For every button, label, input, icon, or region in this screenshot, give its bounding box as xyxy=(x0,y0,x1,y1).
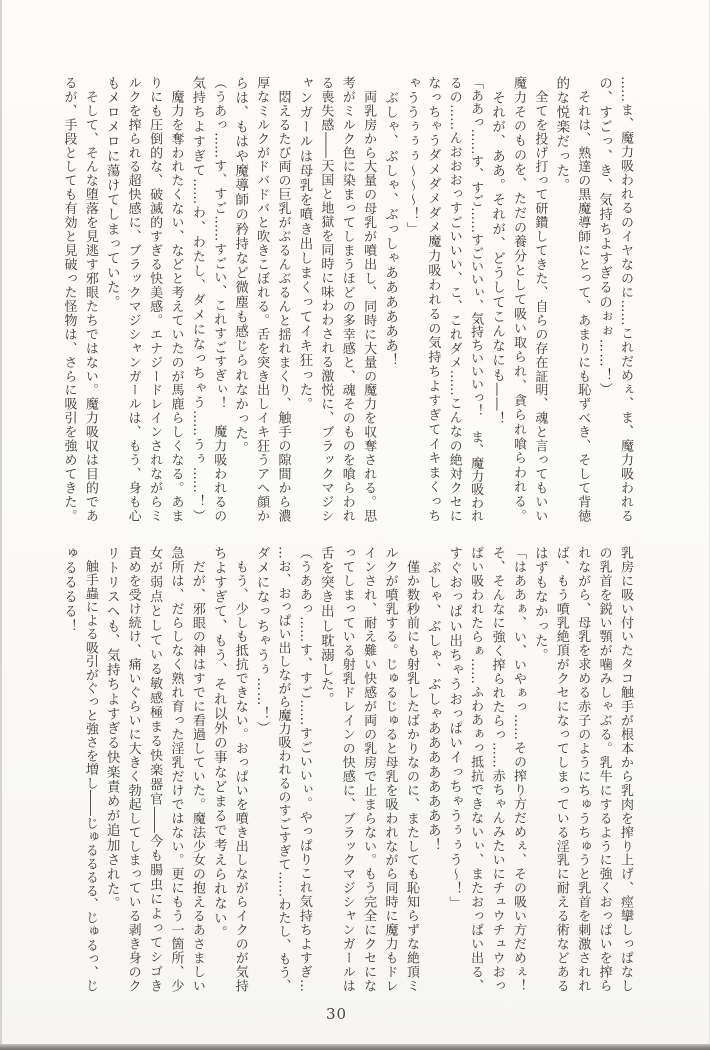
text-column: インされ、耐え難い快感が両の乳房で止まらない。もう完全にクセにな xyxy=(358,546,379,992)
text-column: ば、もう噴乳絶頂がクセになってしまっている淫乳に耐える術などある xyxy=(550,546,571,992)
text-column: 両乳房から大量の母乳が噴出し、同時に大量の魔力を収奪される。思 xyxy=(358,76,379,522)
text-column: もメロメロに蕩けてしまっていた。 xyxy=(101,76,122,528)
page-number: 30 xyxy=(326,1005,347,1023)
text-column: 僅か数秒前にも射乳したばかりなのに、またしても恥知らずな絶頂ミ xyxy=(401,546,422,992)
text-column: の、すごっ、き、気持ちよすぎるのぉぉ……！） xyxy=(593,76,614,528)
text-column: の乳首を鋭い顎が噛みしゃぶる。乳牛にするように強くおっぱいを搾ら xyxy=(593,546,614,992)
text-column: 女が弱点としている敏感極まる快楽器官――今も腸虫によってシゴき xyxy=(144,546,165,992)
text-column: それが、ああ。それが、どうしてこんなにも――！ xyxy=(486,76,507,528)
text-column: ぶしゃ、ぶしゃ、ぶしゃああああああああ！ xyxy=(422,546,443,998)
text-column: 悶えるたび両の巨乳がぶるんぶるんと揺れまくり、触手の隙間から濃 xyxy=(272,76,293,522)
page-edge-bottom xyxy=(0,1044,710,1050)
text-column: らは、もはや魔導師の矜持など微塵も感じられなかった。 xyxy=(229,76,250,528)
text-column: なっちゃうダメダメダメ魔力吸われるの気持ちよすぎてイキまくっち xyxy=(422,76,443,522)
text-column: 気持ちよすぎて……わ、わたし、ダメになっちゃう……うぅ……！） xyxy=(186,76,207,522)
text-column: 責めを受け続け、痛いぐらいに大きく勃起してしまっている剥き身のク xyxy=(122,546,143,992)
text-column: 魔力を奪われたくない、などと考えていたのが馬鹿らしくなる。あま xyxy=(165,76,186,522)
text-column: それは、熟達の黒魔導師にとって、あまりにも恥ずべき、そして背徳 xyxy=(572,76,593,522)
text-column: 触手蟲による吸引がぐっと強さを増し――じゅるるるる、じゅるっ、じ xyxy=(79,546,100,992)
text-column: ルクが噴乳する。じゅるじゅると母乳を吸われながら同時に魔力もドレ xyxy=(379,546,400,992)
text-column: リトリスへも、気持ちよすぎる快楽責めが追加された。 xyxy=(101,546,122,998)
text-column: ちよすぎて、もう、それ以外の事などまるで考えられない。 xyxy=(208,546,229,998)
text-column: 考がミルク色に染まってしまうほどの多幸感と、魂そのものを喰らわれ xyxy=(336,76,357,522)
text-column: 的な悦楽だった。 xyxy=(550,76,571,528)
text-column: そして、そんな堕落を見逃す邪眼たちではない。魔力吸収は目的であ xyxy=(79,76,100,522)
page-edge-left xyxy=(0,0,2,1050)
bottom-text-block: 乳房に吸い付いたタコ触手が根本から乳肉を搾り上げ、痙攣しっぱなしの乳首を鋭い顎が… xyxy=(58,546,636,998)
text-column: ……ま、魔力吸われるのイヤなのに……これだめぇ、ま、魔力吸われる xyxy=(615,76,636,522)
text-column: 「ああっ……す、すご……すごいいぃ、気持ちいいいっ！ ま、魔力吸われ xyxy=(465,76,486,522)
text-column: ぶしゃ、ぶしゃ、ぶっしゃああああああ！ xyxy=(379,76,400,528)
text-column: ってしまっている射乳ドレインの快感に、ブラックマジシャンガールは xyxy=(336,546,357,992)
text-column: …お、おっぱい出しながら魔力吸われるのすごすぎて……わたし、もう、 xyxy=(272,546,293,992)
text-column: る喪失感――天国と地獄を同時に味わわされる激悦に、ブラックマジシ xyxy=(315,76,336,522)
text-column: りにも圧倒的な、破滅的すぎる快美感。エナジードレインされながらミ xyxy=(144,76,165,522)
text-column: ルクを搾られる超快感に、ブラックマジシャンガールは、もう、身も心 xyxy=(122,76,143,522)
text-column: 全てを投げ打って研鑽してきた、自らの存在証明、魂と言ってもいい xyxy=(529,76,550,522)
text-column: ぱい吸われたらぁ……ふわあぁっ抵抗できないぃ、またおっぱい出る、 xyxy=(465,546,486,992)
top-text-block: ……ま、魔力吸われるのイヤなのに……これだめぇ、ま、魔力吸われるの、すごっ、き、… xyxy=(58,76,636,528)
text-column: れながら、母乳を求める赤子のようにちゅうちゅうと乳首を刺激されれ xyxy=(572,546,593,992)
text-column: ゃううぅぅぅ～～～！」 xyxy=(401,76,422,528)
text-column: 舌を突き出し耽溺した。 xyxy=(315,546,336,998)
text-column: （うああっ……す、すご……すごいいぃ。やっぱりこれ気持ちよすぎ… xyxy=(294,546,315,992)
text-column: 厚なミルクがドバドバと吹きこぼれる。舌を突き出しイキ狂うアヘ顔か xyxy=(251,76,272,522)
text-column: だが、邪眼の神はすでに看過していた。魔法少女の抱えるあさましい xyxy=(186,546,207,992)
text-column: すぐおっぱい出ちゃうおっぱいイっちゃうぅぅう～！」 xyxy=(443,546,464,998)
text-column: もう、少しも抵抗できない。おっぱいを噴き出しながらイクのが気持 xyxy=(229,546,250,992)
text-column: 急所は、だらしなく熟れ育った淫乳だけではない。更にもう一箇所、少 xyxy=(165,546,186,992)
text-column: はずもなかった。 xyxy=(529,546,550,998)
scanned-page: ……ま、魔力吸われるのイヤなのに……これだめぇ、ま、魔力吸われるの、すごっ、き、… xyxy=(0,0,710,1050)
text-column: ダメになっちゃうぅ……！） xyxy=(251,546,272,998)
text-column: 魔力そのものを、ただの養分として吸い取られ、貪られ喰らわれる。 xyxy=(508,76,529,522)
text-column: 乳房に吸い付いたタコ触手が根本から乳肉を搾り上げ、痙攣しっぱなし xyxy=(615,546,636,992)
text-column: るの……んおおおっすごいいい、こ、これダメ……こんなの絶対クセに xyxy=(443,76,464,522)
text-column: ゅるるるる！ xyxy=(58,546,79,998)
text-column: 「はああぁ、い、いやぁっ……その搾り方だめぇ、その吸い方だめぇ！ xyxy=(508,546,529,992)
text-column: そ、そんなに強く搾られたらっ……赤ちゃんみたいにチュウチュウおっ xyxy=(486,546,507,992)
text-column: （うあっ……す、すご……すごい、これすごすぎぃ！ 魔力吸われるの xyxy=(208,76,229,522)
text-column: ャンガールは母乳を噴き出しまくってイキ狂った。 xyxy=(294,76,315,528)
text-column: るが、手段としても有効と見破った怪物は、さらに吸引を強めてきた。 xyxy=(58,76,79,522)
